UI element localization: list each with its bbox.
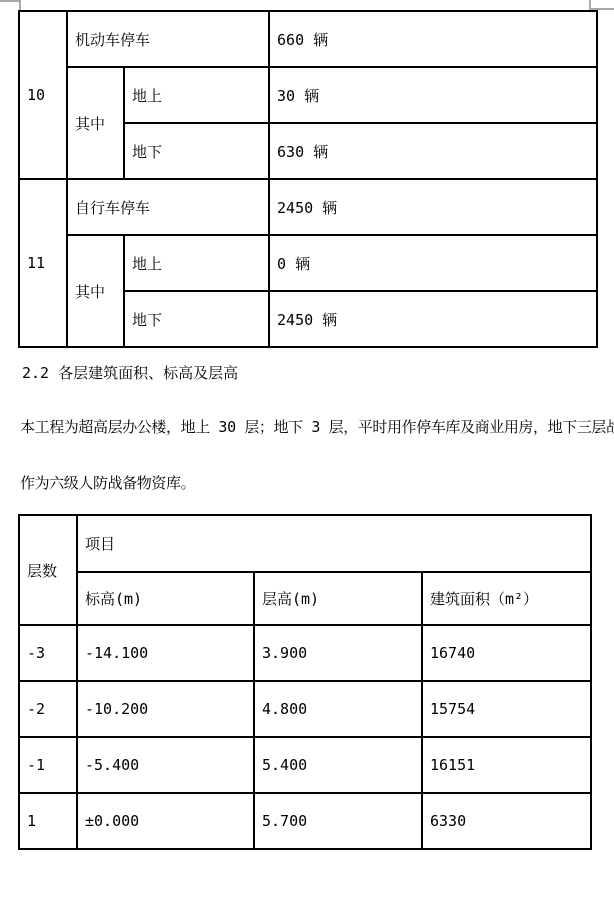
table-row: -3 -14.100 3.900 16740 [19,625,591,681]
parking-value-cell: 30 辆 [269,67,597,123]
parking-value-cell: 0 辆 [269,235,597,291]
parking-item-cell: 机动车停车 [67,11,269,67]
floor-no-cell: -1 [19,737,77,793]
section-heading: 2.2 各层建筑面积、标高及层高 [22,362,238,383]
area-cell: 16740 [422,625,591,681]
table-row: 其中 地上 0 辆 [19,235,597,291]
parking-location-cell: 地上 [124,235,269,291]
table-row: -1 -5.400 5.400 16151 [19,737,591,793]
floor-no-cell: -2 [19,681,77,737]
area-cell: 15754 [422,681,591,737]
parking-sublabel-cell: 其中 [67,67,124,179]
parking-value-cell: 630 辆 [269,123,597,179]
elevation-cell: -14.100 [77,625,254,681]
parking-row-no-cell: 10 [19,11,67,179]
area-cell: 16151 [422,737,591,793]
table-row: 10 机动车停车 660 辆 [19,11,597,67]
text-boundary-mark-top-right-v [589,0,591,10]
floors-header-elevation-cell: 标高(m) [77,572,254,625]
floors-header-area-cell: 建筑面积（m²） [422,572,591,625]
parking-location-cell: 地下 [124,123,269,179]
parking-location-cell: 地上 [124,67,269,123]
storey-height-cell: 5.700 [254,793,422,849]
parking-value-cell: 2450 辆 [269,179,597,235]
storey-height-cell: 3.900 [254,625,422,681]
table-row: -2 -10.200 4.800 15754 [19,681,591,737]
area-cell: 6330 [422,793,591,849]
table-row: 11 自行车停车 2450 辆 [19,179,597,235]
parking-item-cell: 自行车停车 [67,179,269,235]
parking-value-cell: 660 辆 [269,11,597,67]
storey-height-cell: 5.400 [254,737,422,793]
floor-no-cell: 1 [19,793,77,849]
table-row: 1 ±0.000 5.700 6330 [19,793,591,849]
storey-height-cell: 4.800 [254,681,422,737]
parking-value-cell: 2450 辆 [269,291,597,347]
parking-row-no-cell: 11 [19,179,67,347]
floors-header-project-cell: 项目 [77,515,591,572]
document-page: 10 机动车停车 660 辆 其中 地上 30 辆 地下 630 辆 11 自行… [0,0,614,897]
paragraph-line: 作为六级人防战备物资库。 [20,472,195,493]
elevation-cell: ±0.000 [77,793,254,849]
parking-table: 10 机动车停车 660 辆 其中 地上 30 辆 地下 630 辆 11 自行… [18,10,598,348]
table-header-row: 标高(m) 层高(m) 建筑面积（m²） [19,572,591,625]
parking-sublabel-cell: 其中 [67,235,124,347]
floor-no-cell: -3 [19,625,77,681]
text-boundary-mark-top-left-h [0,0,21,2]
parking-location-cell: 地下 [124,291,269,347]
paragraph-line: 本工程为超高层办公楼，地上 30 层；地下 3 层，平时用作停车库及商业用房，地… [20,416,614,437]
elevation-cell: -10.200 [77,681,254,737]
table-row: 其中 地上 30 辆 [19,67,597,123]
floors-table: 层数 项目 标高(m) 层高(m) 建筑面积（m²） -3 -14.100 3.… [18,514,592,850]
floors-header-storey-height-cell: 层高(m) [254,572,422,625]
table-header-row: 层数 项目 [19,515,591,572]
floors-header-floor-cell: 层数 [19,515,77,625]
elevation-cell: -5.400 [77,737,254,793]
